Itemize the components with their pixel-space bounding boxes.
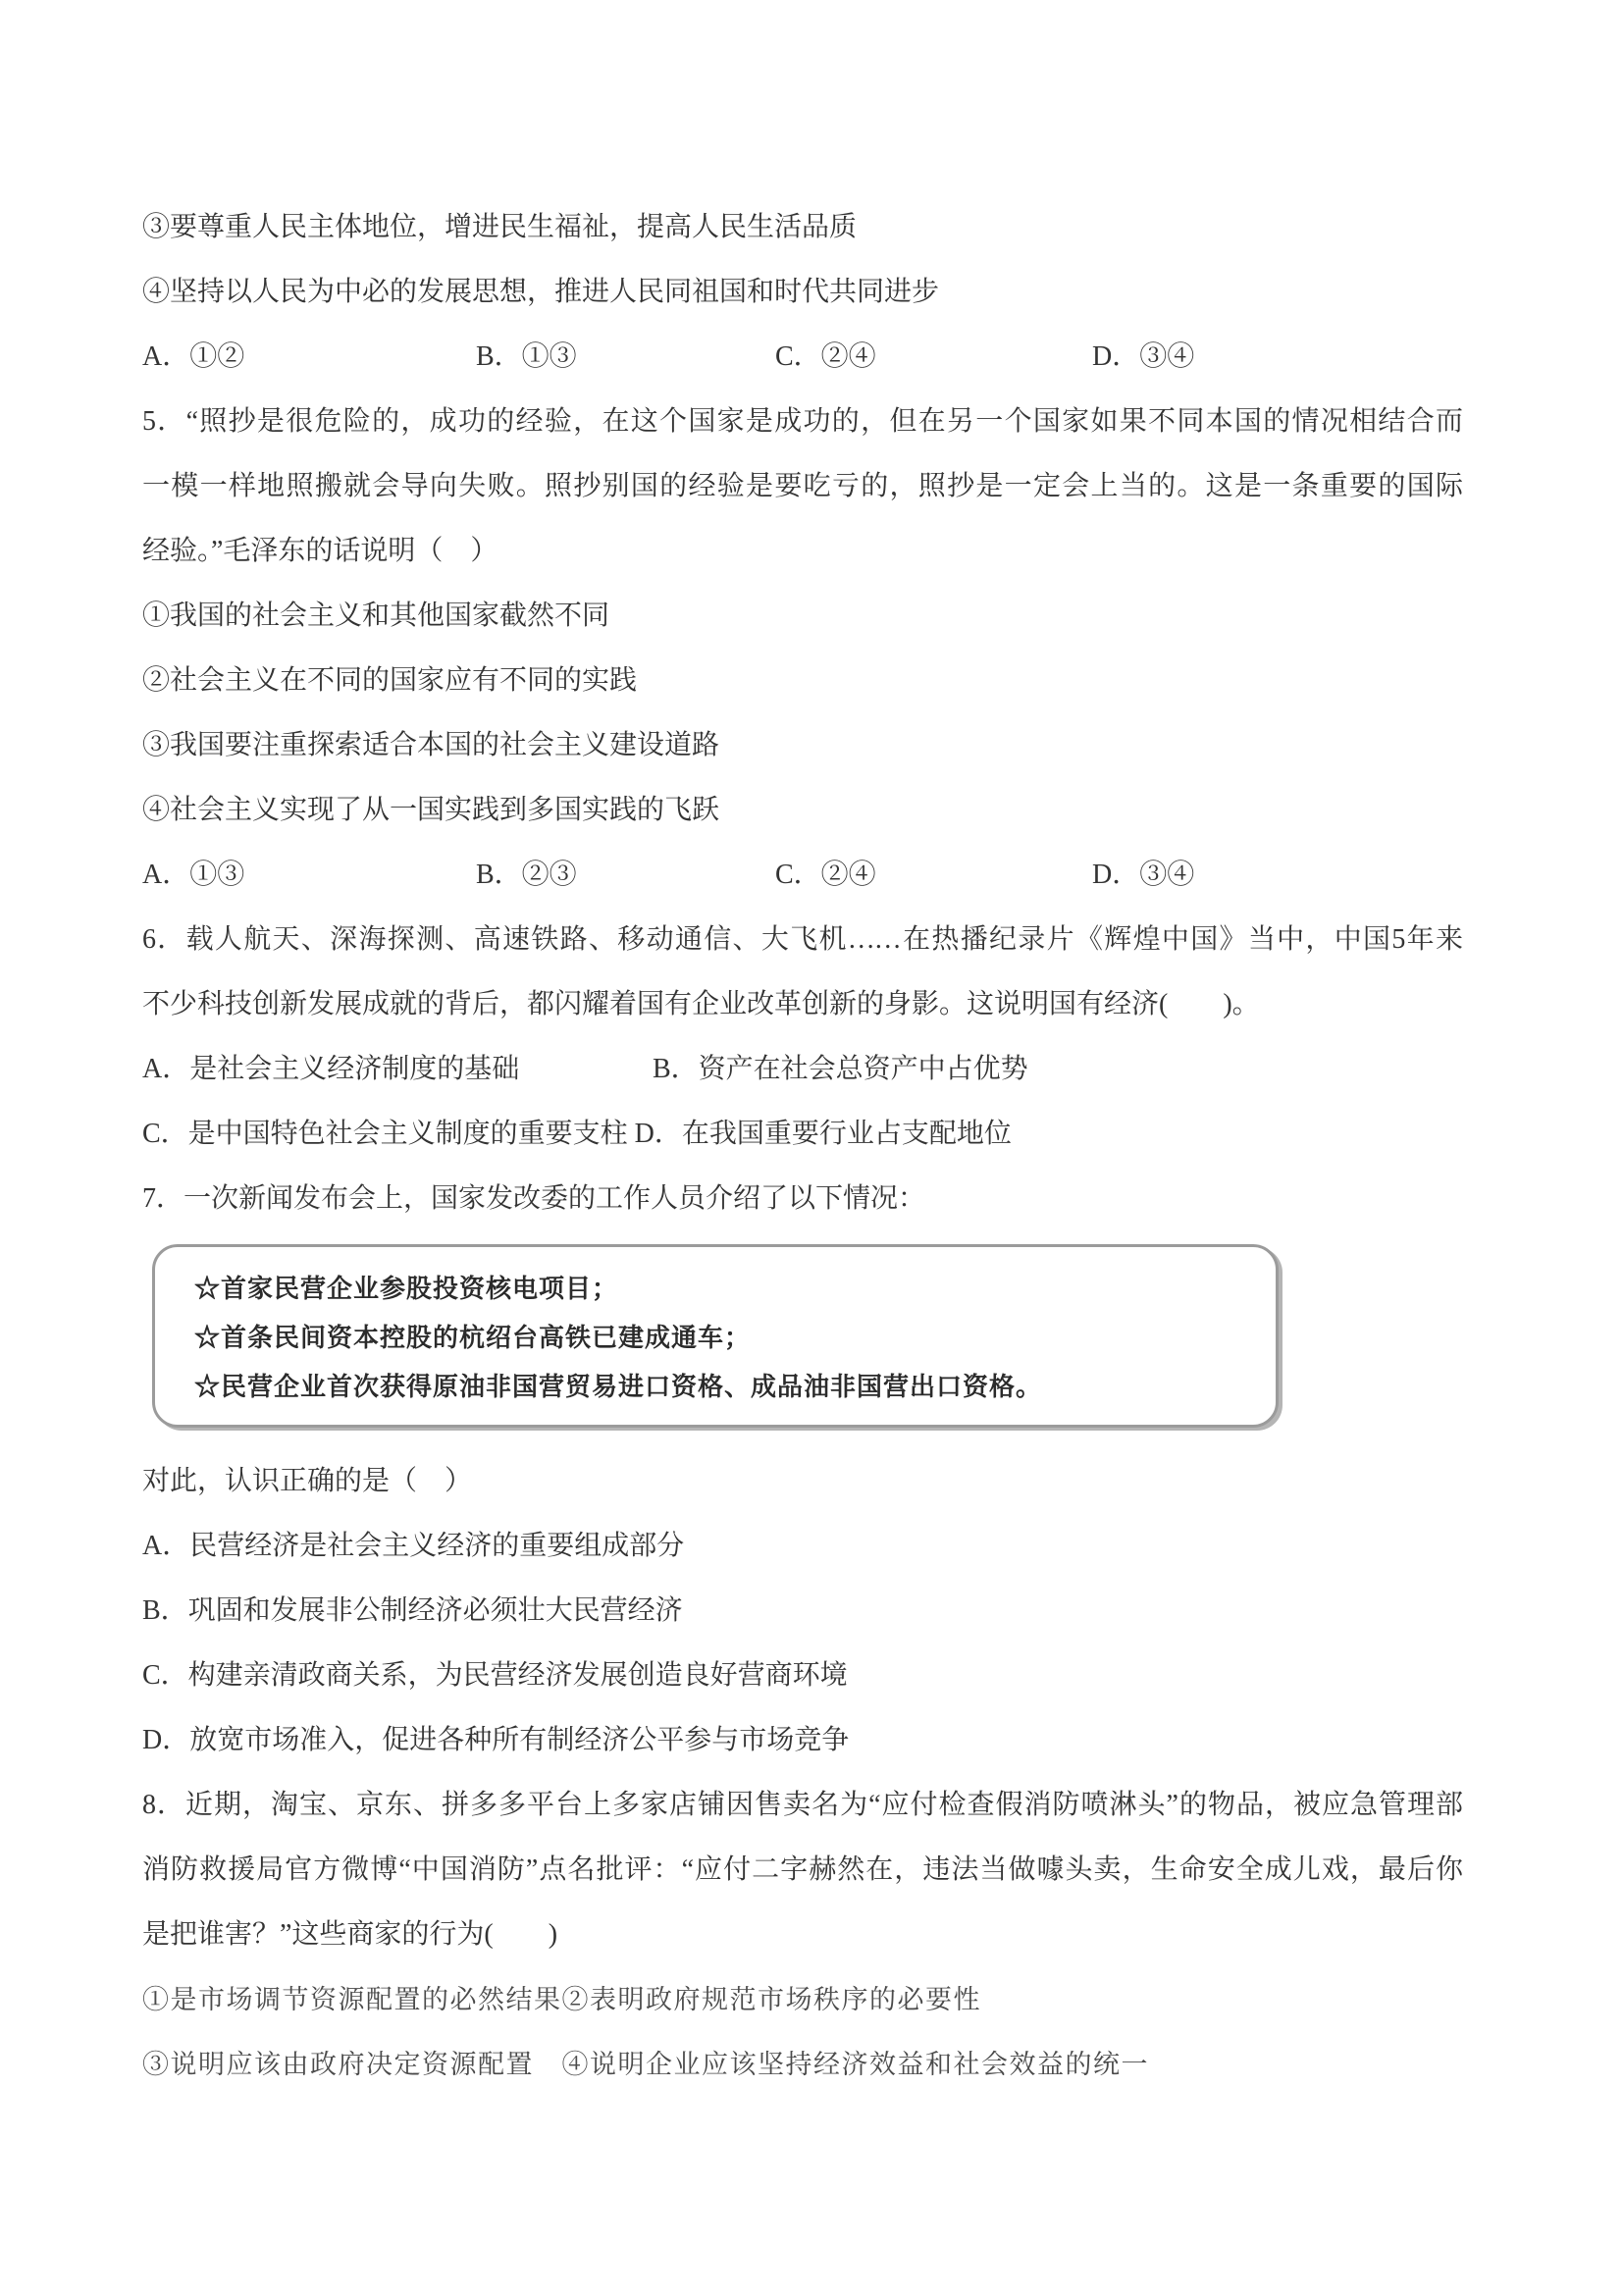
q5-answer-row: A．①③ B．②③ C．②④ D．③④	[142, 843, 1462, 908]
q5-option-3: ③我国要注重探索适合本国的社会主义建设道路	[142, 713, 1462, 778]
q6-stem-line2: 不少科技创新发展成就的背后，都闪耀着国有企业改革创新的身影。这说明国有经济( )…	[142, 972, 1462, 1037]
q5-answer-b: B．②③	[476, 843, 577, 908]
q8-stem-line3: 是把谁害？”这些商家的行为( )	[142, 1903, 1462, 1967]
q7-box-line-3: ☆民营企业首次获得原油非国营贸易进口资格、成品油非国营出口资格。	[194, 1363, 1256, 1412]
q6-stem-line1: 6．载人航天、深海探测、高速铁路、移动通信、大飞机……在热播纪录片《辉煌中国》当…	[142, 908, 1462, 972]
q4-answer-d: D．③④	[1092, 325, 1194, 390]
exam-document-page: ③要尊重人民主体地位，增进民生福祉，提高人民生活品质 ④坚持以人民为中必的发展思…	[0, 0, 1623, 2296]
q5-option-4: ④社会主义实现了从一国实践到多国实践的飞跃	[142, 778, 1462, 843]
q7-box-line-1: ☆首家民营企业参股投资核电项目；	[194, 1265, 1256, 1314]
q5-answer-d: D．③④	[1092, 843, 1194, 908]
q6-answer-b: B．资产在社会总资产中占优势	[653, 1037, 1028, 1102]
q8-option-12: ①是市场调节资源配置的必然结果②表明政府规范市场秩序的必要性	[142, 1967, 1462, 2032]
q6-answer-row-ab: A．是社会主义经济制度的基础 B．资产在社会总资产中占优势	[142, 1037, 1462, 1102]
q5-answer-a: A．①③	[142, 843, 244, 908]
q7-answer-d: D．放宽市场准入，促进各种所有制经济公平参与市场竞争	[142, 1708, 1462, 1773]
q4-option-4: ④坚持以人民为中必的发展思想，推进人民同祖国和时代共同进步	[142, 260, 1462, 325]
q8-stem-line1: 8．近期，淘宝、京东、拼多多平台上多家店铺因售卖名为“应付检查假消防喷淋头”的物…	[142, 1773, 1462, 1838]
q7-stem: 7．一次新闻发布会上，国家发改委的工作人员介绍了以下情况：	[142, 1167, 1462, 1231]
q4-answer-b: B．①③	[476, 325, 577, 390]
q7-answer-a: A．民营经济是社会主义经济的重要组成部分	[142, 1514, 1462, 1579]
q5-option-2: ②社会主义在不同的国家应有不同的实践	[142, 649, 1462, 713]
q5-answer-c: C．②④	[775, 843, 876, 908]
q7-answer-b: B．巩固和发展非公制经济必须壮大民营经济	[142, 1579, 1462, 1644]
q6-answer-row-cd: C．是中国特色社会主义制度的重要支柱 D．在我国重要行业占支配地位	[142, 1102, 1462, 1167]
q7-box-line-2: ☆首条民间资本控股的杭绍台高铁已建成通车；	[194, 1314, 1256, 1363]
q4-answer-a: A．①②	[142, 325, 244, 390]
q5-stem-line3: 经验。”毛泽东的话说明（ ）	[142, 519, 1462, 584]
q7-question: 对此，认识正确的是（ ）	[142, 1449, 1462, 1514]
q7-info-box: ☆首家民营企业参股投资核电项目； ☆首条民间资本控股的杭绍台高铁已建成通车； ☆…	[152, 1244, 1279, 1428]
q8-stem-line2: 消防救援局官方微博“中国消防”点名批评：“应付二字赫然在，违法当做噱头卖，生命安…	[142, 1838, 1462, 1903]
q5-option-1: ①我国的社会主义和其他国家截然不同	[142, 584, 1462, 649]
q5-stem-line1: 5．“照抄是很危险的，成功的经验，在这个国家是成功的，但在另一个国家如果不同本国…	[142, 390, 1462, 454]
q7-answer-c: C．构建亲清政商关系，为民营经济发展创造良好营商环境	[142, 1644, 1462, 1708]
exam-content: ③要尊重人民主体地位，增进民生福祉，提高人民生活品质 ④坚持以人民为中必的发展思…	[142, 195, 1462, 2097]
q8-option-34: ③说明应该由政府决定资源配置 ④说明企业应该坚持经济效益和社会效益的统一	[142, 2032, 1462, 2097]
q4-answer-row: A．①② B．①③ C．②④ D．③④	[142, 325, 1462, 390]
q5-stem-line2: 一模一样地照搬就会导向失败。照抄别国的经验是要吃亏的，照抄是一定会上当的。这是一…	[142, 454, 1462, 519]
q6-answer-a: A．是社会主义经济制度的基础	[142, 1037, 519, 1102]
q4-answer-c: C．②④	[775, 325, 876, 390]
q4-option-3: ③要尊重人民主体地位，增进民生福祉，提高人民生活品质	[142, 195, 1462, 260]
